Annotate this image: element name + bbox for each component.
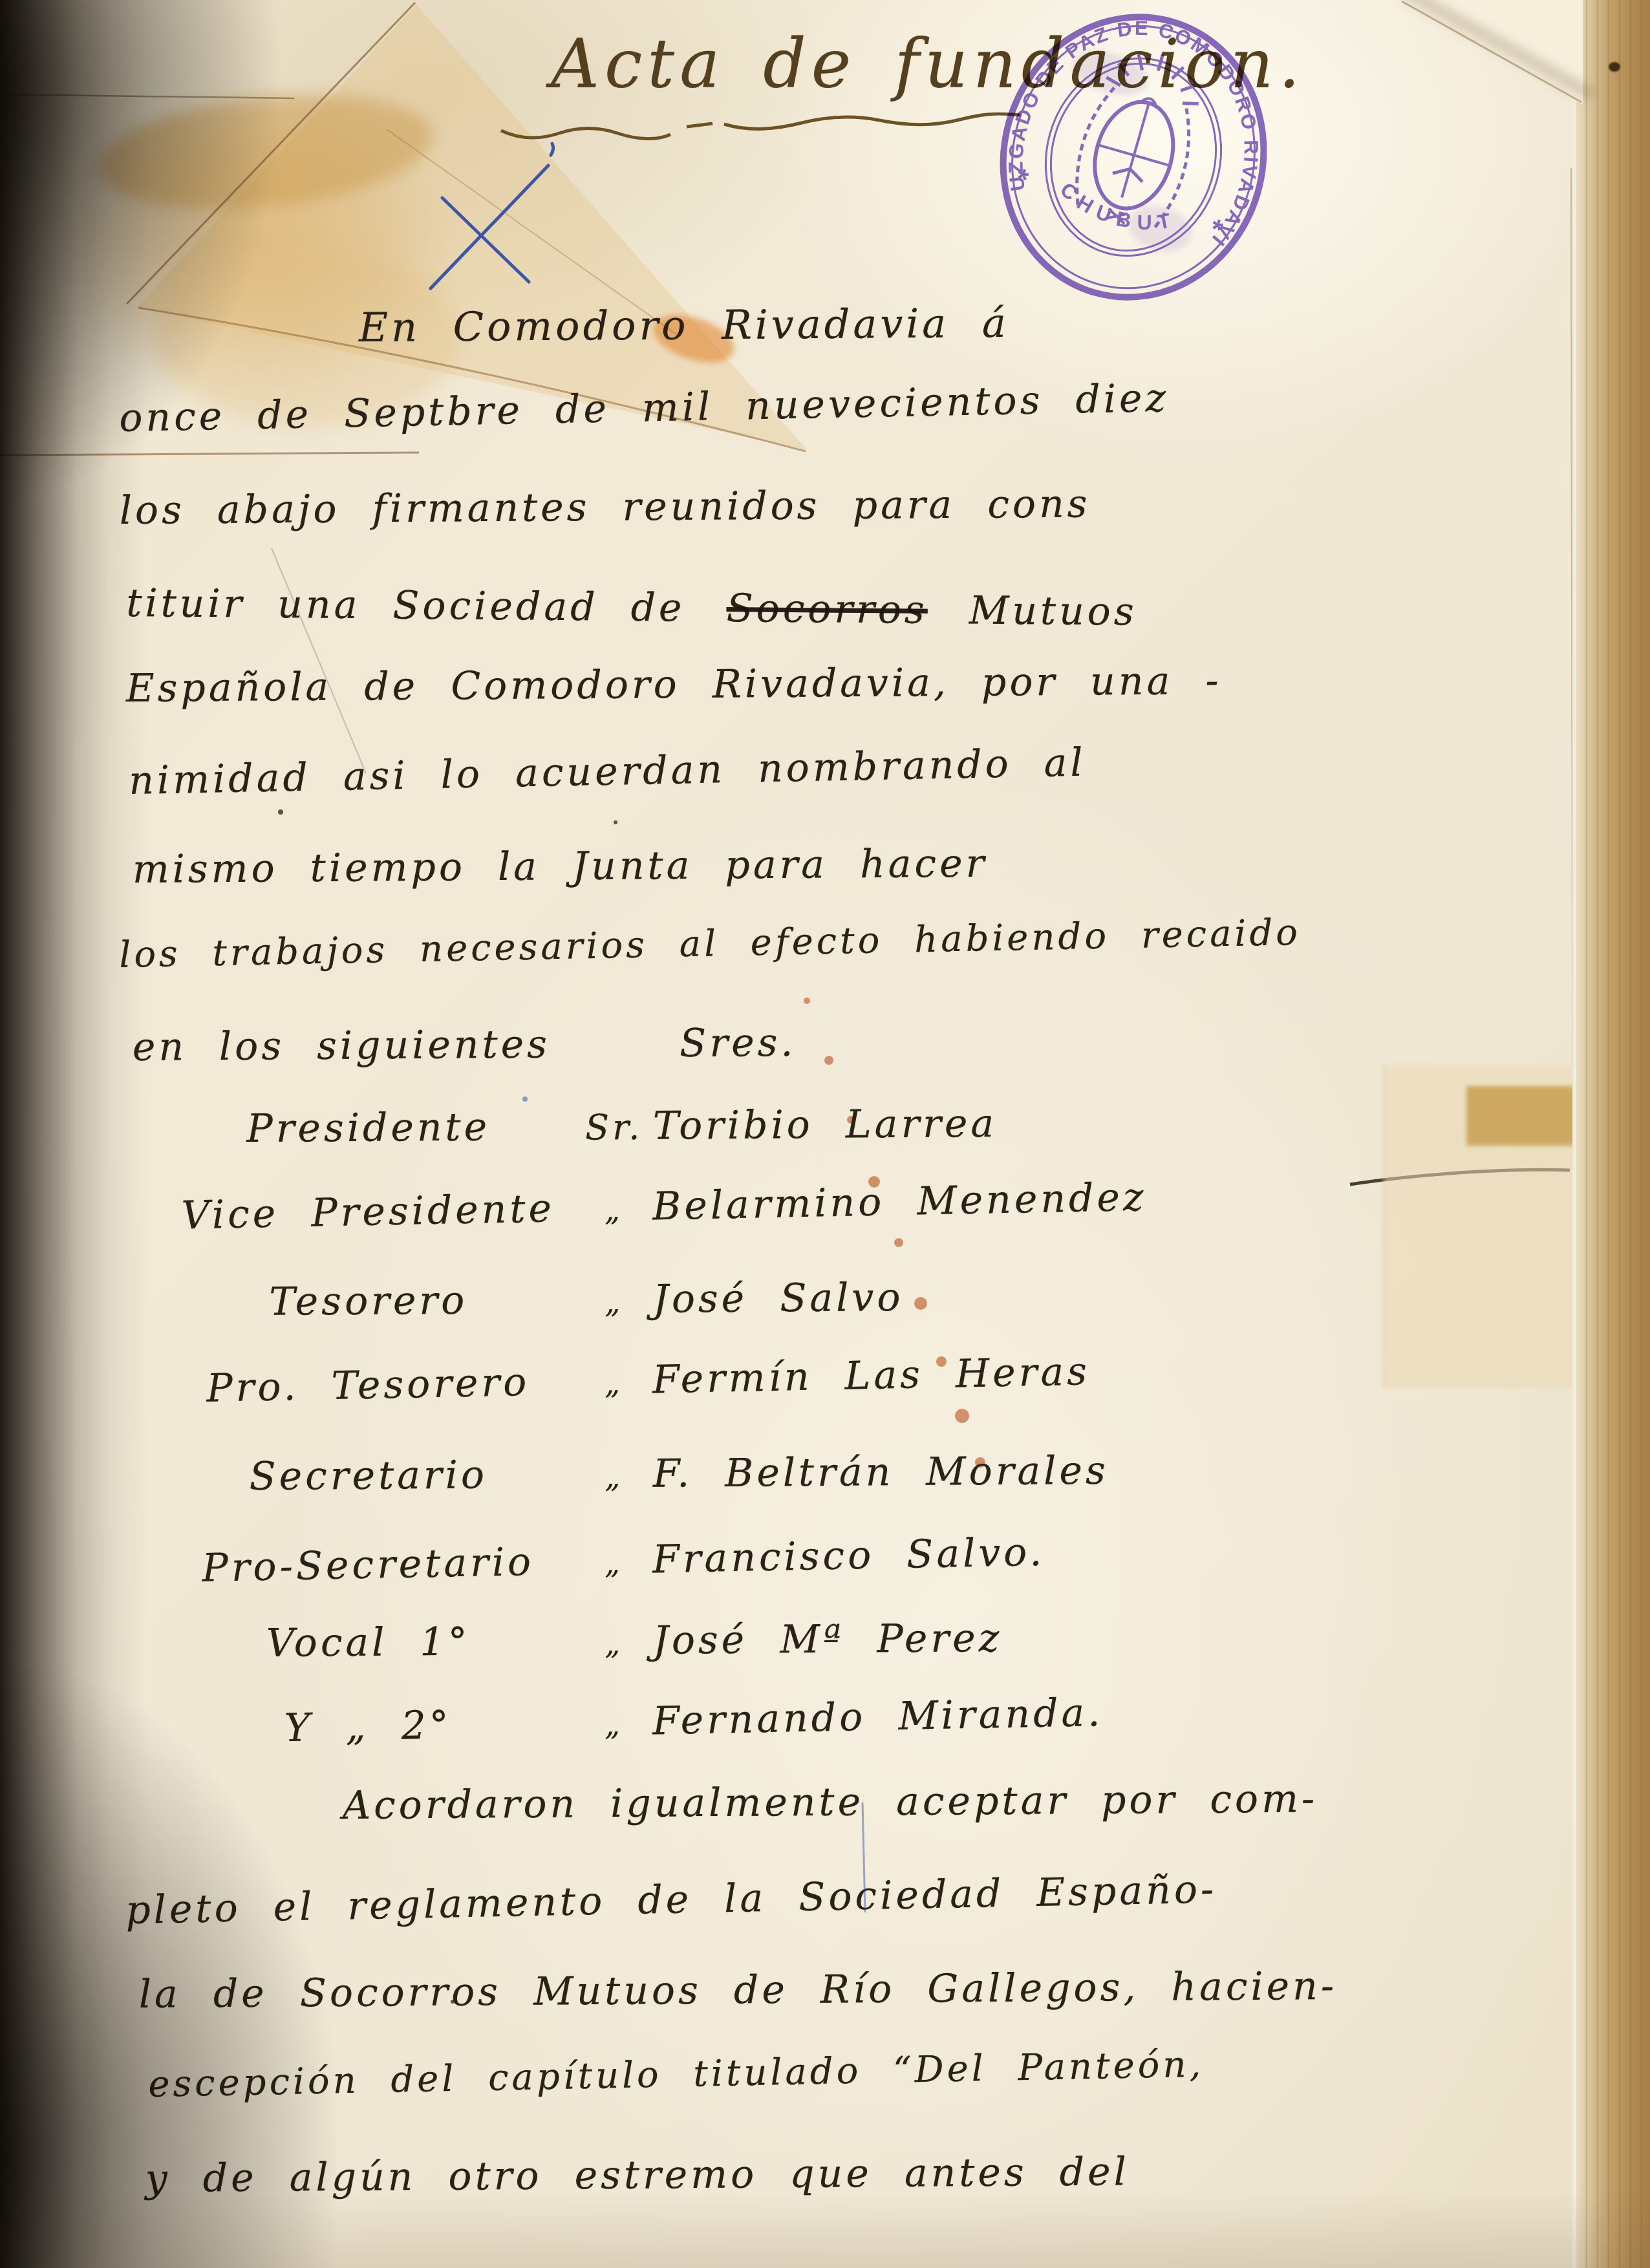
- manuscript-line-7: mismo tiempo la Junta para hacer: [133, 841, 988, 892]
- ditto-mark: „: [575, 1706, 653, 1742]
- ditto-mark: „: [575, 1365, 653, 1401]
- officer-row: Vocal 1° „ José Mª Perez: [162, 1616, 1003, 1667]
- officer-row: Pro-Secretario „ Francisco Salvo.: [161, 1530, 1045, 1592]
- ditto-mark: „: [575, 1192, 653, 1228]
- officer-name: José Mª Perez: [652, 1616, 1002, 1664]
- officer-name: Toribio Larrea: [652, 1101, 997, 1149]
- officer-row: Tesorero „ José Salvo: [162, 1275, 904, 1325]
- book-fore-edge: [1572, 0, 1650, 2268]
- manuscript-line-12: la de Socorros Mutuos de Río Gallegos, h…: [139, 1963, 1338, 2017]
- officer-row: Presidente Sr. Toribio Larrea: [162, 1101, 998, 1152]
- line-4-struck-word: Socorros: [726, 586, 928, 633]
- officer-role: Y „ 2°: [161, 1700, 575, 1753]
- manuscript-line-3: los abajo firmantes reunidos para cons: [120, 482, 1091, 533]
- stain-top-left-band: [92, 80, 438, 224]
- officer-row: Secretario „ F. Beltrán Morales: [162, 1448, 1109, 1500]
- manuscript-line-6: nimidad asi lo acuerdan nombrando al: [129, 740, 1087, 804]
- manuscript-line-5: Española de Comodoro Rivadavia, por una …: [126, 658, 1222, 711]
- edge-knot-spot: [1609, 62, 1620, 72]
- officer-role: Pro. Tesorero: [161, 1359, 575, 1412]
- stamp-star-left-icon: *: [1012, 162, 1032, 196]
- manuscript-page: Acta de fundacion. En Comodoro Rivadavia…: [0, 0, 1650, 2268]
- officer-row: Y „ 2° „ Fernando Miranda.: [161, 1690, 1104, 1753]
- stain-top-left-wash: [58, 91, 459, 401]
- ditto-mark: „: [575, 1459, 653, 1495]
- officer-row: Pro. Tesorero „ Fermín Las Heras: [161, 1349, 1091, 1412]
- stamp-bottom-text: CHUBUT: [1051, 175, 1185, 247]
- officer-name: F. Beltrán Morales: [652, 1448, 1108, 1497]
- bottom-vignette: [0, 2190, 1650, 2268]
- manuscript-line-9: en los siguientes Sres.: [133, 1020, 797, 1070]
- tape-repair-ochre: [1466, 1086, 1586, 1146]
- officer-name: Belarmino Menendez: [652, 1175, 1148, 1230]
- manuscript-line-1: En Comodoro Rivadavia á: [358, 299, 1009, 351]
- officer-role: Vice Presidente: [161, 1186, 575, 1239]
- officer-name: Francisco Salvo.: [652, 1530, 1045, 1583]
- manuscript-line-4: tituir una Sociedad de Socorros Mutuos: [126, 581, 1137, 635]
- officer-row: Vice Presidente „ Belarmino Menendez: [161, 1175, 1148, 1239]
- ditto-mark: „: [575, 1545, 653, 1581]
- document-title: Acta de fundacion.: [551, 25, 1305, 103]
- manuscript-line-13: escepción del capítulo titulado “Del Pan…: [148, 2044, 1205, 2106]
- ditto-mark: „: [575, 1285, 653, 1320]
- ditto-mark: Sr.: [575, 1107, 653, 1148]
- manuscript-line-11: pleto el reglamento de la Sociedad Españ…: [125, 1867, 1217, 1933]
- tape-repair-patch: [1384, 1065, 1587, 1389]
- dog-ear-shadow: [1399, 0, 1594, 105]
- manuscript-line-2: once de Septbre de mil nuevecientos diez: [119, 376, 1170, 441]
- officer-role: Pro-Secretario: [161, 1539, 575, 1592]
- ditto-mark: „: [575, 1626, 653, 1662]
- stamp-star-right-icon: *: [1207, 213, 1227, 246]
- officer-name: Fernando Miranda.: [652, 1690, 1104, 1744]
- officer-role: Secretario: [162, 1452, 575, 1500]
- line-4-pre: tituir una Sociedad de: [126, 581, 685, 631]
- officer-role: Vocal 1°: [162, 1619, 575, 1667]
- officer-name: Fermín Las Heras: [652, 1349, 1091, 1402]
- manuscript-line-14: y de algún otro estremo que antes del: [145, 2149, 1130, 2201]
- manuscript-line-8: los trabajos necesarios al efecto habien…: [119, 912, 1302, 976]
- manuscript-line-10: Acordaron igualmente aceptar por com-: [343, 1776, 1318, 1828]
- officer-role: Presidente: [162, 1104, 575, 1152]
- dog-ear-fold: [1400, 0, 1583, 105]
- officer-role: Tesorero: [162, 1278, 575, 1325]
- officer-name: José Salvo: [652, 1275, 903, 1322]
- svg-text:CHUBUT: CHUBUT: [1051, 175, 1185, 247]
- line-4-post: Mutuos: [969, 588, 1137, 634]
